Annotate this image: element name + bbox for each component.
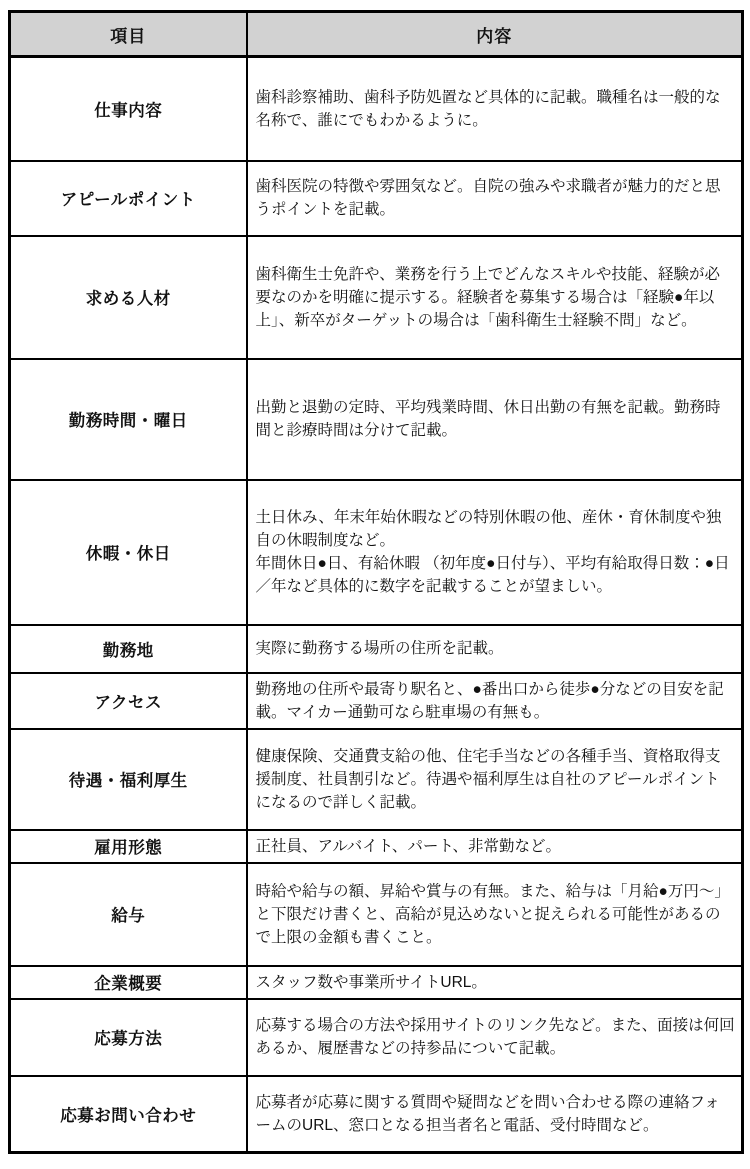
- table-row: 勤務地 実際に勤務する場所の住所を記載。: [10, 625, 743, 673]
- row-content-application-method: 応募する場合の方法や採用サイトのリンク先など。また、面接は何回あるか、履歴書など…: [247, 999, 743, 1076]
- row-content-access: 勤務地の住所や最寄り駅名と、●番出口から徒歩●分などの目安を記載。マイカー通勤可…: [247, 673, 743, 729]
- row-label-application-contact: 応募お問い合わせ: [10, 1076, 247, 1153]
- table-row: 待遇・福利厚生 健康保険、交通費支給の他、住宅手当などの各種手当、資格取得支援制…: [10, 729, 743, 830]
- row-label-working-hours: 勤務時間・曜日: [10, 359, 247, 480]
- row-label-access: アクセス: [10, 673, 247, 729]
- row-content-holidays: 土日休み、年末年始休暇などの特別休暇の他、産休・育休制度や独自の休暇制度など。 …: [247, 480, 743, 625]
- row-label-application-method: 応募方法: [10, 999, 247, 1076]
- row-content-appeal-points: 歯科医院の特徴や雰囲気など。自院の強みや求職者が魅力的だと思うポイントを記載。: [247, 161, 743, 236]
- table-row: アクセス 勤務地の住所や最寄り駅名と、●番出口から徒歩●分などの目安を記載。マイ…: [10, 673, 743, 729]
- header-content-cell: 内容: [247, 12, 743, 57]
- table-row: 勤務時間・曜日 出勤と退勤の定時、平均残業時間、休日出勤の有無を記載。勤務時間と…: [10, 359, 743, 480]
- row-content-employment-type: 正社員、アルバイト、パート、非常勤など。: [247, 830, 743, 863]
- table-body: 仕事内容 歯科診察補助、歯科予防処置など具体的に記載。職種名は一般的な名称で、誰…: [10, 57, 743, 1153]
- row-label-job-description: 仕事内容: [10, 57, 247, 161]
- row-label-employment-type: 雇用形態: [10, 830, 247, 863]
- table-row: 応募お問い合わせ 応募者が応募に関する質問や疑問などを問い合わせる際の連絡フォー…: [10, 1076, 743, 1153]
- row-content-company-overview: スタッフ数や事業所サイトURL。: [247, 966, 743, 999]
- table-row: 給与 時給や給与の額、昇給や賞与の有無。また、給与は「月給●万円～」と下限だけ書…: [10, 863, 743, 966]
- row-label-salary: 給与: [10, 863, 247, 966]
- row-content-salary: 時給や給与の額、昇給や賞与の有無。また、給与は「月給●万円～」と下限だけ書くと、…: [247, 863, 743, 966]
- row-content-work-location: 実際に勤務する場所の住所を記載。: [247, 625, 743, 673]
- row-label-benefits: 待遇・福利厚生: [10, 729, 247, 830]
- table-row: 休暇・休日 土日休み、年末年始休暇などの特別休暇の他、産休・育休制度や独自の休暇…: [10, 480, 743, 625]
- table-row: 求める人材 歯科衛生士免許や、業務を行う上でどんなスキルや技能、経験が必要なのか…: [10, 236, 743, 359]
- job-posting-guide-table: 項目 内容 仕事内容 歯科診察補助、歯科予防処置など具体的に記載。職種名は一般的…: [8, 10, 744, 1154]
- table-row: 仕事内容 歯科診察補助、歯科予防処置など具体的に記載。職種名は一般的な名称で、誰…: [10, 57, 743, 161]
- row-content-working-hours: 出勤と退勤の定時、平均残業時間、休日出勤の有無を記載。勤務時間と診療時間は分けて…: [247, 359, 743, 480]
- table-header: 項目 内容: [10, 12, 743, 57]
- row-content-job-description: 歯科診察補助、歯科予防処置など具体的に記載。職種名は一般的な名称で、誰にでもわか…: [247, 57, 743, 161]
- header-item-cell: 項目: [10, 12, 247, 57]
- row-content-benefits: 健康保険、交通費支給の他、住宅手当などの各種手当、資格取得支援制度、社員割引など…: [247, 729, 743, 830]
- row-content-desired-candidate: 歯科衛生士免許や、業務を行う上でどんなスキルや技能、経験が必要なのかを明確に提示…: [247, 236, 743, 359]
- table-row: アピールポイント 歯科医院の特徴や雰囲気など。自院の強みや求職者が魅力的だと思う…: [10, 161, 743, 236]
- row-label-desired-candidate: 求める人材: [10, 236, 247, 359]
- table-row: 雇用形態 正社員、アルバイト、パート、非常勤など。: [10, 830, 743, 863]
- header-row: 項目 内容: [10, 12, 743, 57]
- table-row: 企業概要 スタッフ数や事業所サイトURL。: [10, 966, 743, 999]
- row-label-work-location: 勤務地: [10, 625, 247, 673]
- row-label-appeal-points: アピールポイント: [10, 161, 247, 236]
- table-row: 応募方法 応募する場合の方法や採用サイトのリンク先など。また、面接は何回あるか、…: [10, 999, 743, 1076]
- row-label-holidays: 休暇・休日: [10, 480, 247, 625]
- row-label-company-overview: 企業概要: [10, 966, 247, 999]
- row-content-application-contact: 応募者が応募に関する質問や疑問などを問い合わせる際の連絡フォームのURL、窓口と…: [247, 1076, 743, 1153]
